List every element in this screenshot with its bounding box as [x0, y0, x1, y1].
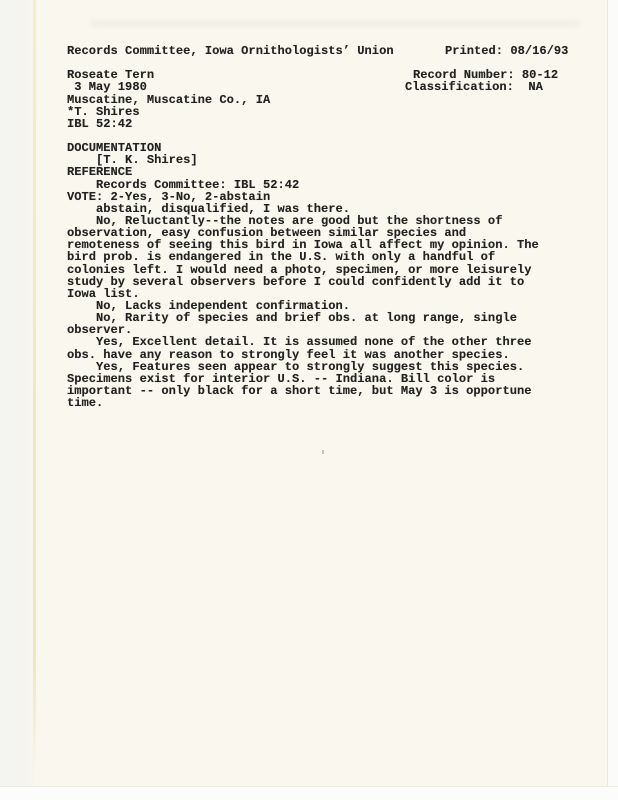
header-line: Records Committee, Iowa Ornithologists’ …: [67, 45, 539, 57]
document-line: important -- only black for a short time…: [67, 385, 539, 397]
document-line: Records Committee: IBL 52:42: [67, 179, 539, 191]
document-body: DOCUMENTATION [T. K. Shires]REFERENCE Re…: [67, 142, 539, 409]
document-line: Yes, Excellent detail. It is assumed non…: [67, 336, 539, 348]
document-line: Yes, Features seen appear to strongly su…: [67, 361, 539, 373]
paper-edge-right: [607, 0, 618, 800]
observer-name: *T. Shires: [67, 106, 539, 118]
paper-edge-left: [0, 0, 34, 800]
scan-speck: [322, 450, 324, 454]
header-committee-text: Records Committee, Iowa Ornithologists’ …: [67, 44, 394, 58]
classification: Classification: NA: [405, 81, 543, 93]
document-text: Records Committee, Iowa Ornithologists’ …: [67, 45, 539, 409]
document-line: obs. have any reason to strongly feel it…: [67, 349, 539, 361]
paper-edge-tan-line: [33, 0, 36, 775]
document-line: REFERENCE: [67, 166, 539, 178]
observation-location: Muscatine, Muscatine Co., IA: [67, 94, 539, 106]
paper-edge-bottom: [0, 786, 618, 800]
printed-date: Printed: 08/16/93: [445, 45, 568, 57]
document-line: [T. K. Shires]: [67, 154, 539, 166]
document-line: colonies left. I would need a photo, spe…: [67, 264, 539, 276]
document-line: time.: [67, 397, 539, 409]
ibl-reference: IBL 52:42: [67, 118, 539, 130]
document-line: No, Rarity of species and brief obs. at …: [67, 312, 539, 324]
document-line: bird prob. is endangered in the U.S. wit…: [67, 251, 539, 263]
document-line: study by several observers before I coul…: [67, 276, 539, 288]
scanned-document-page: Records Committee, Iowa Ornithologists’ …: [0, 0, 618, 800]
scanner-shadow-top: [90, 20, 580, 27]
record-summary-block: Roseate Tern 3 May 1980 Muscatine, Musca…: [67, 69, 539, 130]
